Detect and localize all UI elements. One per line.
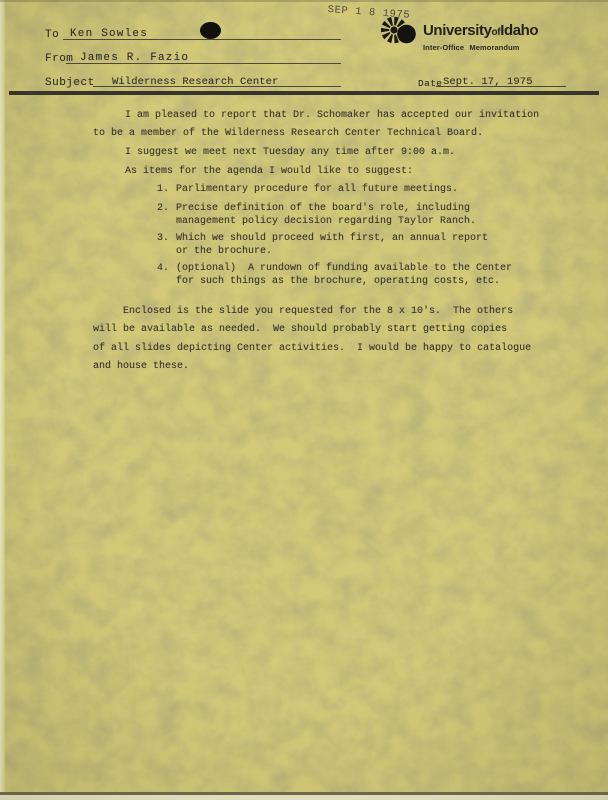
body-line: to be a member of the Wilderness Researc… [93,128,483,140]
ink-dot [200,22,221,39]
subject-underline [93,86,341,87]
scan-edge-bottom [0,795,608,800]
list-item-number: 4. [157,263,169,275]
from-underline [66,63,341,64]
to-label: To [45,29,59,41]
subject-label: Subject [45,77,95,89]
body-line: and house these. [93,361,189,373]
list-item-line: or the brochure. [176,246,272,258]
body-line: Enclosed is the slide you requested for … [123,306,513,318]
logo-word-of: of [492,27,501,38]
list-item-number: 3. [157,233,169,245]
header-divider-rule [9,91,599,95]
date-underline [436,86,566,87]
sunburst-icon [381,14,421,52]
body-line: of all slides depicting Center activitie… [93,343,531,355]
body-line: I suggest we meet next Tuesday any time … [125,147,455,159]
list-item-number: 1. [157,184,169,196]
list-item-line: (optional) A rundown of funding availabl… [176,263,512,275]
scan-edge-top [0,0,608,2]
list-item-number: 2. [157,203,169,215]
body-line: As items for the agenda I would like to … [125,166,413,178]
list-item-line: management policy decision regarding Tay… [176,216,476,228]
list-item-line: for such things as the brochure, operati… [176,276,500,288]
university-logo: UniversityofIdaho Inter-Office Memorandu… [381,14,538,52]
date-label: Date [418,78,442,90]
logo-title: UniversityofIdaho [423,23,538,40]
logo-word-university: University [423,22,492,39]
list-item-line: Parlimentary procedure for all future me… [176,184,458,196]
memo-type-label: Inter-Office Memorandum [423,43,538,52]
logo-text: UniversityofIdaho Inter-Office Memorandu… [423,23,538,52]
logo-word-idaho: Idaho [500,22,538,39]
body-line: I am pleased to report that Dr. Schomake… [125,110,539,122]
list-item-line: Precise definition of the board's role, … [176,203,470,215]
scan-edge-left [0,0,6,800]
list-item-line: Which we should proceed with first, an a… [176,233,488,245]
to-underline [63,39,341,40]
body-line: will be available as needed. We should p… [93,324,507,336]
memo-page: SEP 1 8 1975 UniversityofIdaho Inter-Off… [0,0,608,800]
